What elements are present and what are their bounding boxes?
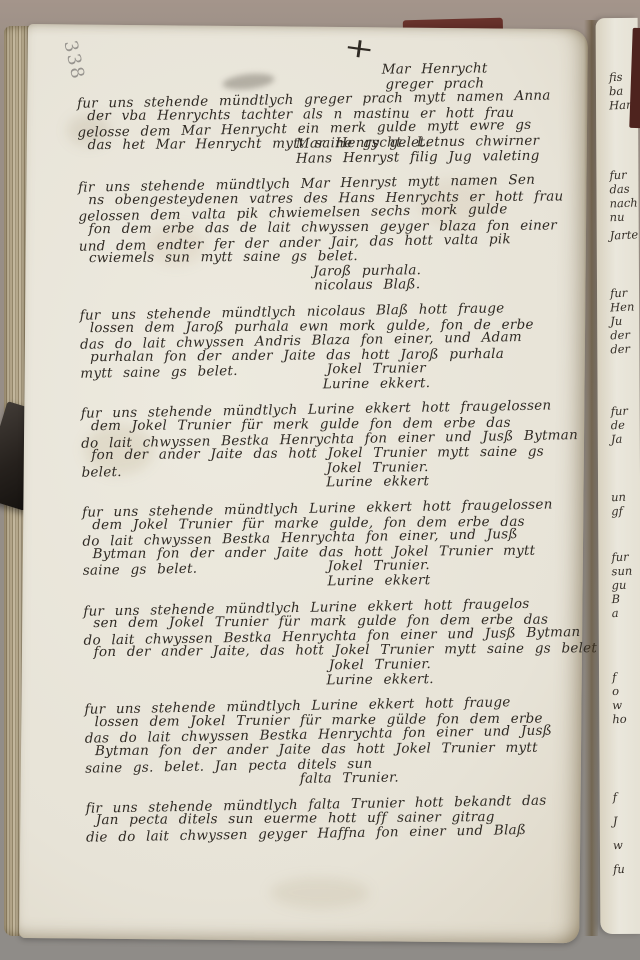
margin-fragment: Hen bbox=[610, 299, 635, 314]
margin-fragment: fur bbox=[611, 550, 629, 565]
margin-fragment: ho bbox=[612, 712, 627, 727]
margin-fragment: w bbox=[613, 838, 623, 852]
manuscript-text: Mar Henrychtgreger prachfur uns stehende… bbox=[74, 60, 598, 855]
margin-fragment: sun bbox=[611, 564, 632, 579]
entry-section: fur uns stehende mündtlych Lurine ekkert… bbox=[79, 498, 594, 592]
margin-fragment: w bbox=[612, 698, 622, 712]
margin-fragment: fu bbox=[613, 862, 625, 876]
margin-fragment: o bbox=[612, 684, 619, 698]
margin-fragment: gf bbox=[611, 504, 623, 518]
margin-fragment: fis bbox=[609, 70, 623, 85]
margin-fragment: ba bbox=[609, 84, 624, 99]
entry-section: fir uns stehende mündtlych Mar Henryst m… bbox=[75, 173, 590, 296]
margin-fragment: Jarte bbox=[609, 227, 638, 242]
margin-fragment: de bbox=[610, 418, 625, 433]
margin-fragment: a bbox=[611, 606, 618, 620]
facing-page-text: fisbaHanfurdasnachnuJartefurHenJuderderf… bbox=[596, 18, 640, 934]
margin-fragment: nu bbox=[609, 210, 624, 225]
margin-fragment: nach bbox=[609, 195, 638, 210]
entry-section: fur uns stehende mündtlych nicolaus Blaß… bbox=[77, 301, 592, 395]
manuscript-page: 338 + Mar Henrychtgreger prachfur uns st… bbox=[19, 24, 588, 943]
margin-fragment: f bbox=[612, 790, 617, 804]
margin-fragment: J bbox=[613, 814, 618, 828]
margin-fragment: f bbox=[612, 670, 617, 684]
entry-section: Mar Henrychtgreger prachfur uns stehende… bbox=[74, 60, 589, 168]
margin-fragment: gu bbox=[611, 578, 626, 593]
margin-fragment: fur bbox=[610, 404, 628, 419]
entry-section: fur uns stehende mündtlych Lurine ekkert… bbox=[78, 400, 593, 494]
margin-fragment: fur bbox=[609, 168, 627, 183]
margin-fragment: fur bbox=[610, 286, 628, 301]
cross-mark-icon: + bbox=[342, 31, 376, 66]
margin-fragment: Ju bbox=[610, 314, 623, 328]
facing-page-edge: fisbaHanfurdasnachnuJartefurHenJuderderf… bbox=[596, 18, 640, 934]
margin-fragment: B bbox=[611, 592, 620, 606]
margin-fragment: Ja bbox=[611, 432, 623, 446]
manuscript-photo: 338 + Mar Henrychtgreger prachfur uns st… bbox=[0, 0, 640, 960]
margin-fragment: der bbox=[610, 342, 630, 357]
margin-fragment: un bbox=[611, 490, 626, 505]
entry-section: fur uns stehende mündtlych Lurine ekkert… bbox=[80, 597, 595, 691]
entry-section: fur uns stehende mündtlych Lurine ekkert… bbox=[81, 695, 596, 789]
page-stain bbox=[270, 876, 370, 909]
margin-fragment: das bbox=[609, 182, 630, 197]
entry-section: fir uns stehende mündtlych falta Trunier… bbox=[83, 794, 597, 844]
margin-fragment: der bbox=[610, 328, 630, 343]
